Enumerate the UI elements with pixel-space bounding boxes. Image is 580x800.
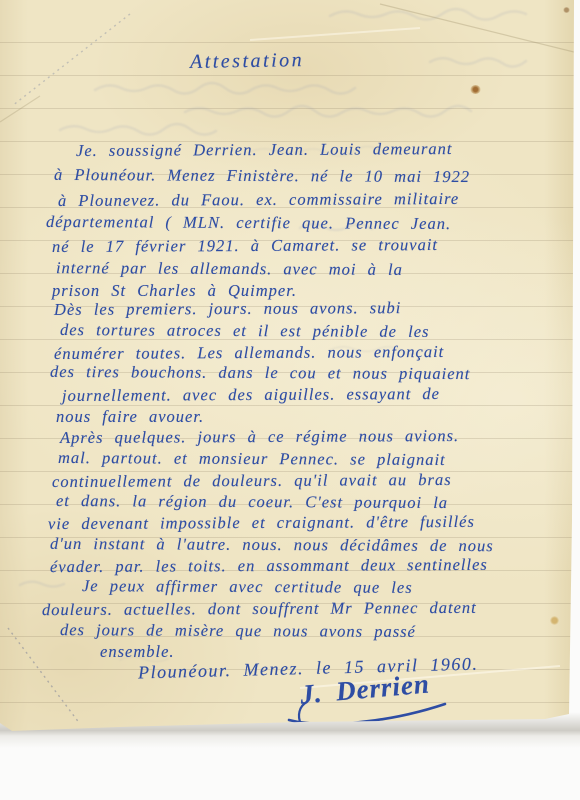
letter-line: et dans. la région du coeur. C'est pourq… <box>56 491 448 513</box>
letter-line: douleurs. actuelles. dont souffrent Mr P… <box>42 598 477 620</box>
letter-line: Je. soussigné Derrien. Jean. Louis demeu… <box>76 139 453 161</box>
letter-line: à Plounevez. du Faou. ex. commissaire mi… <box>58 189 459 211</box>
letter-line: journellement. avec des aiguilles. essay… <box>62 384 440 406</box>
letter-line: Dès les premiers. jours. nous avons. sub… <box>54 298 401 320</box>
letter-line: énumérer toutes. Les allemands. nous enf… <box>54 342 444 364</box>
letter-paper: Attestation Je. soussigné Derrien. Jean.… <box>0 0 574 731</box>
letter-line: des tires bouchons. dans le cou et nous … <box>50 362 471 384</box>
letter-line: Je peux affirmer avec certitude que les <box>82 576 413 598</box>
letter-line: interné par les allemands. avec moi à la <box>56 258 403 280</box>
letter-line: des jours de misère que nous avons passé <box>60 620 416 642</box>
stain-spot <box>470 85 481 94</box>
letter-line: continuellement de douleurs. qu'il avait… <box>52 470 452 492</box>
stain-spot <box>550 616 559 625</box>
letter-line: des tortures atroces et il est pénible d… <box>60 320 430 342</box>
letter-line: nous faire avouer. <box>56 407 204 427</box>
letter-line: évader. par. les toits. en assommant deu… <box>50 555 488 577</box>
stain-spot <box>563 7 570 13</box>
letter-line: mal. partout. et monsieur Pennec. se pla… <box>58 448 446 470</box>
letter-line: né le 17 février 1921. à Camaret. se tro… <box>52 235 438 257</box>
letter-line: Après quelques. jours à ce régime nous a… <box>60 426 459 448</box>
letter-line: d'un instant à l'autre. nous. nous décid… <box>50 534 494 556</box>
letter-line: ensemble. <box>100 642 175 662</box>
letter-line: à Plounéour. Menez Finistère. né le 10 m… <box>54 165 470 187</box>
letter-title: Attestation <box>190 49 305 74</box>
letter-line: vie devenant impossible et craignant. d'… <box>48 512 475 534</box>
letter-line: départemental ( MLN. certifie que. Penne… <box>46 212 451 234</box>
